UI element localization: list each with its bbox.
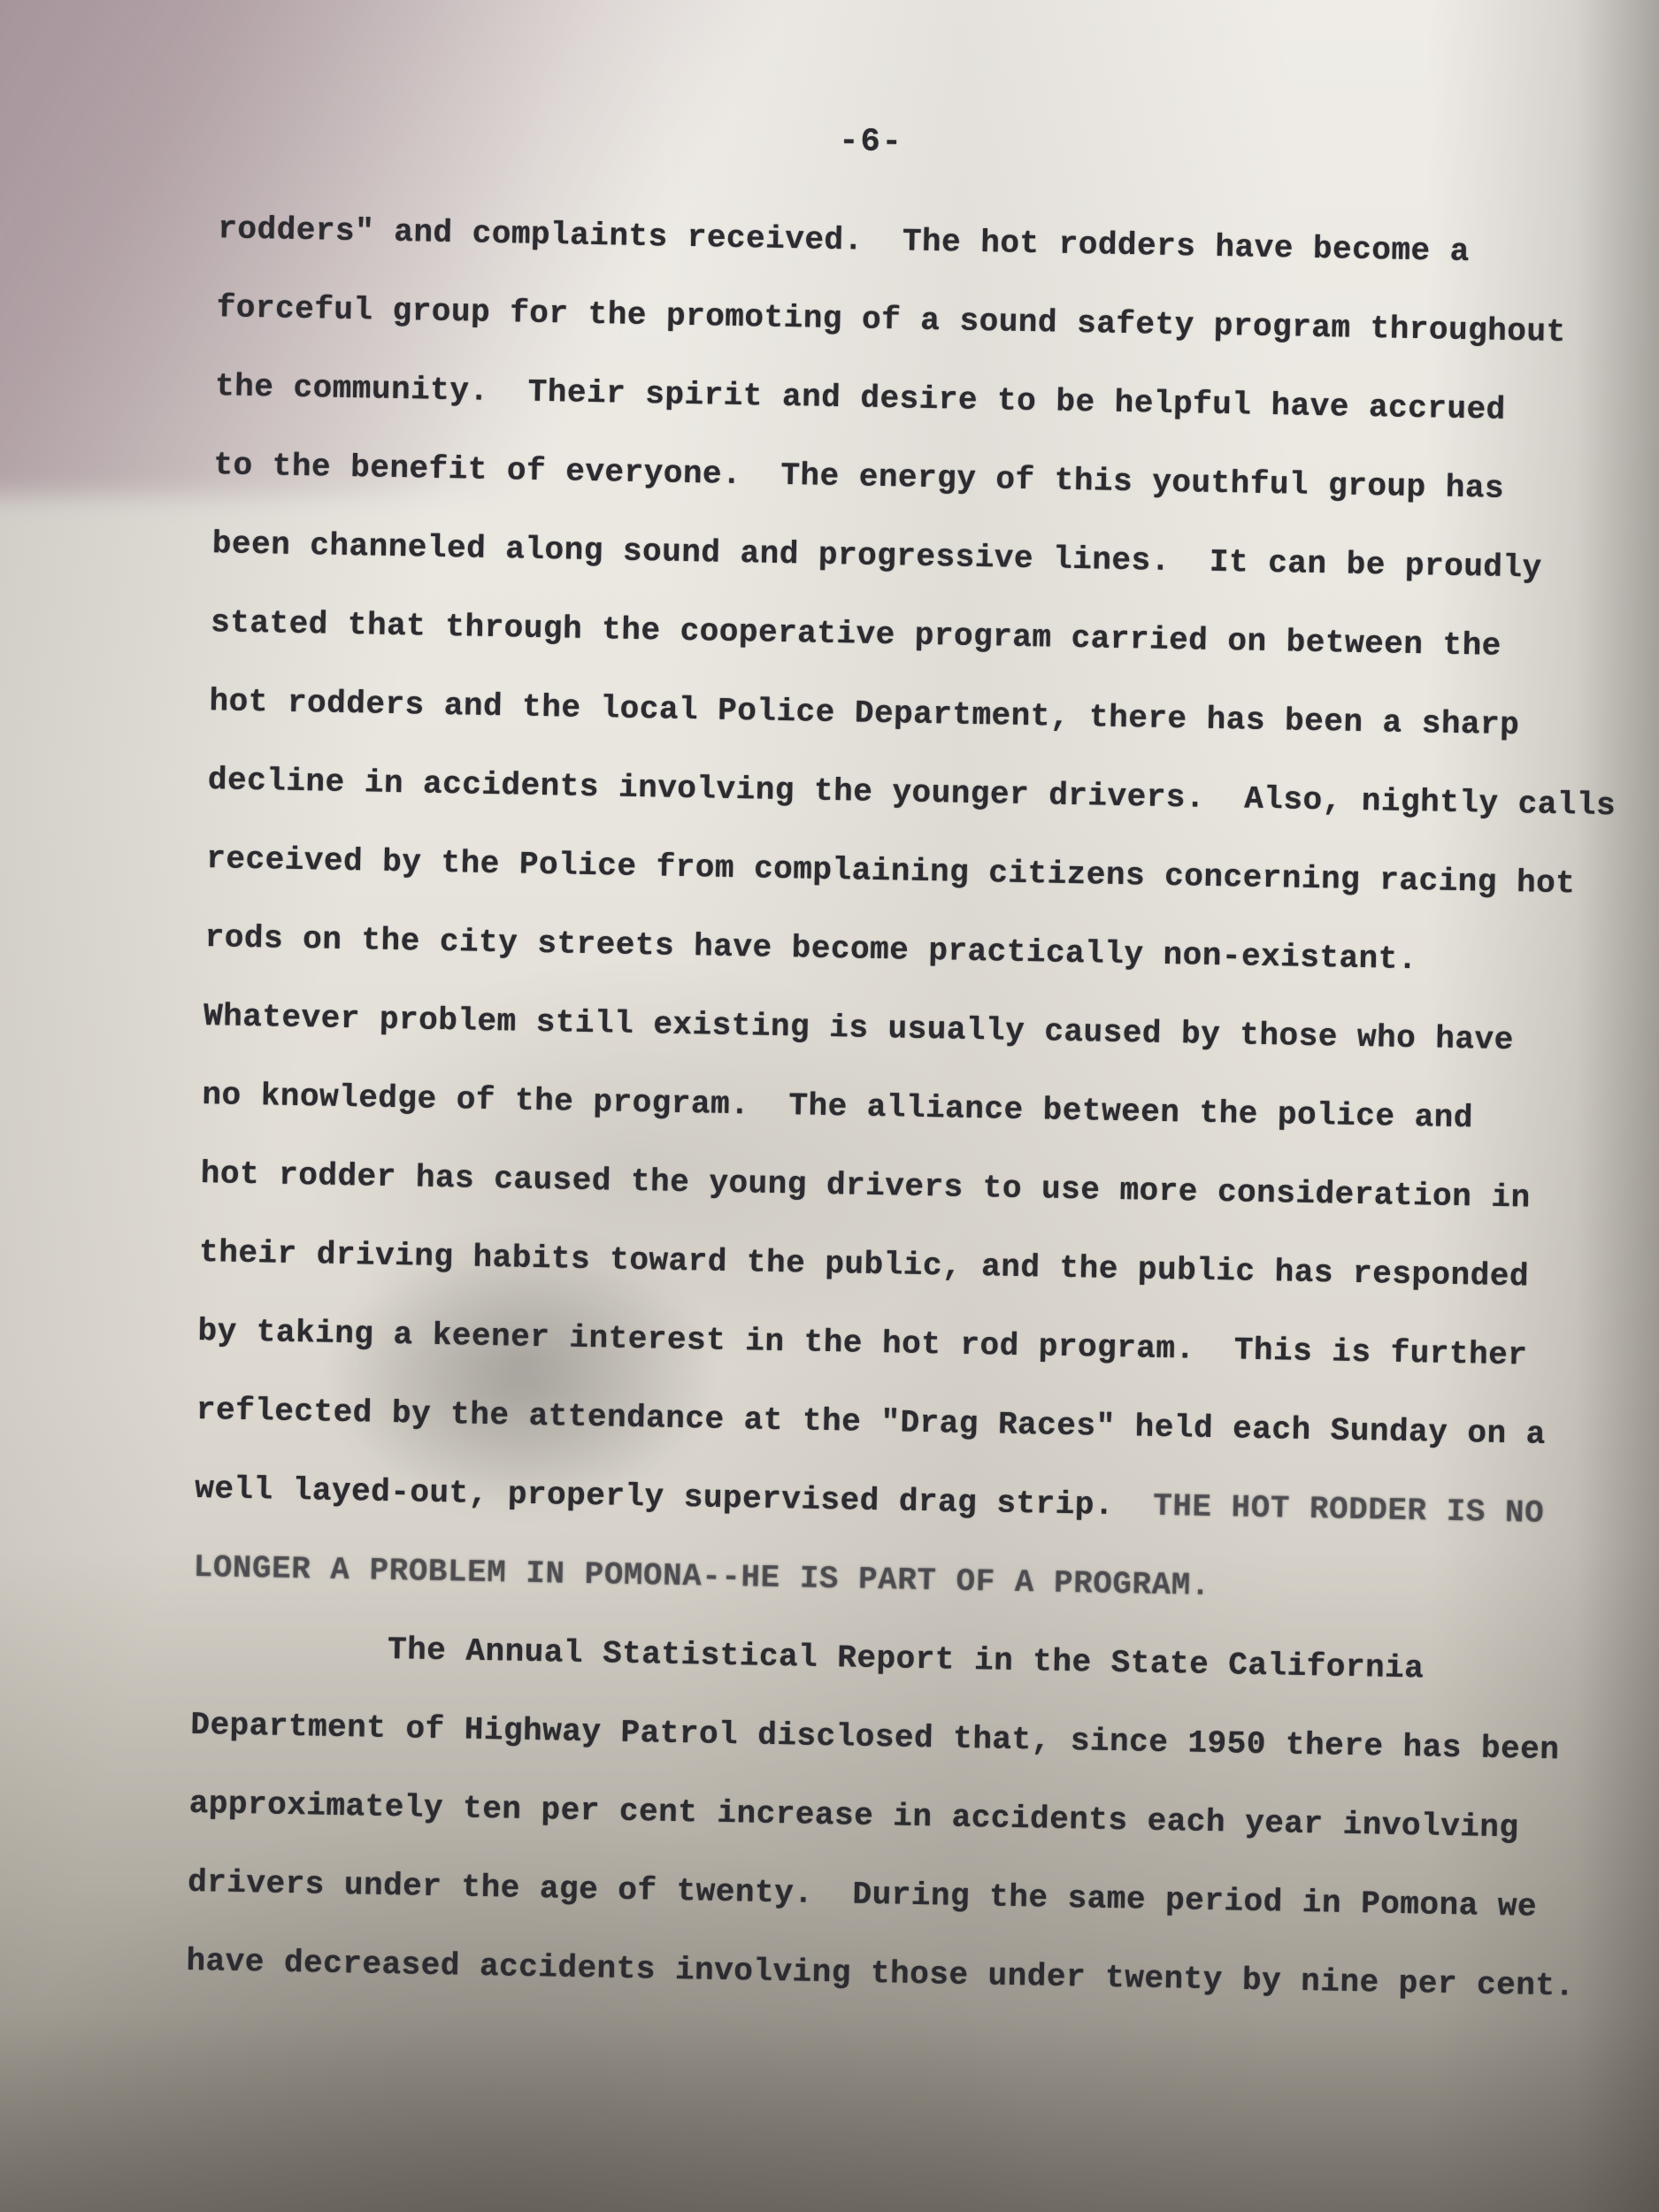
paragraph-lines: rodders" and complaints received. The ho… bbox=[185, 211, 1651, 2047]
faded-caps-text: THE HOT RODDER IS NO bbox=[1153, 1488, 1545, 1532]
photo-of-typewritten-page: -6- rodders" and complaints received. Th… bbox=[0, 0, 1659, 2212]
document-text: -6- rodders" and complaints received. Th… bbox=[185, 211, 1651, 2047]
page-number: -6- bbox=[839, 123, 903, 161]
